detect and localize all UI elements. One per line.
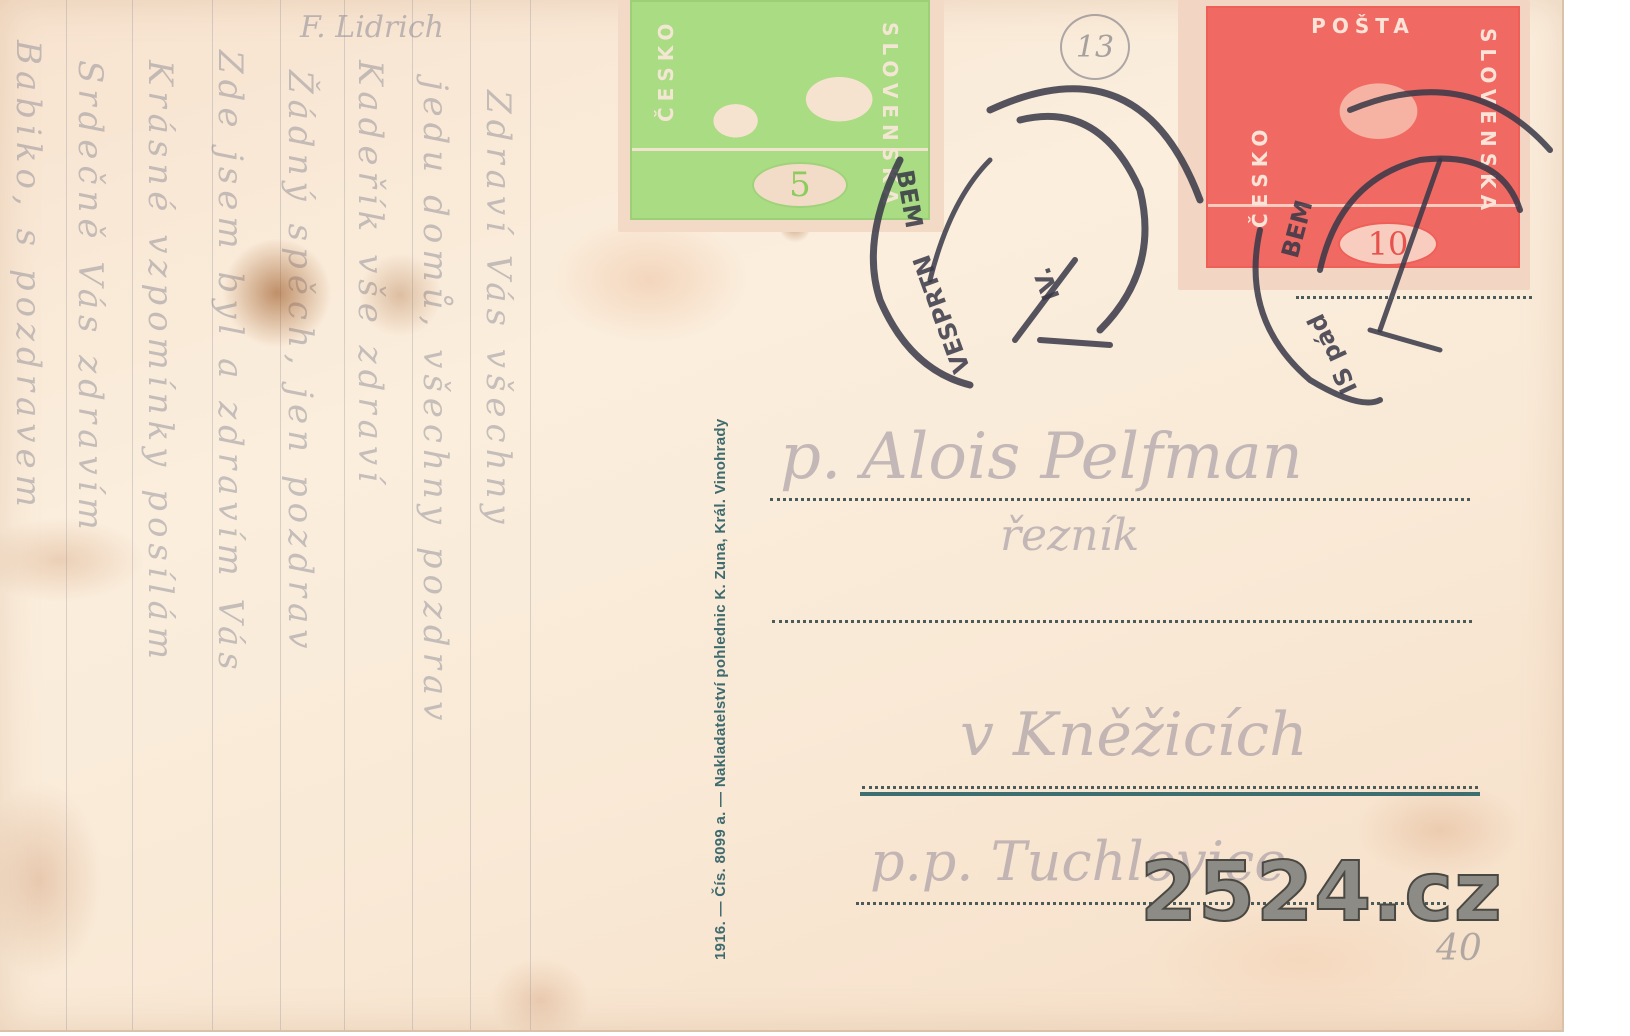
pencil-rule — [470, 0, 471, 1030]
stamp-denomination: 5 — [752, 162, 848, 208]
handwritten-text: Babiko, s pozdravem — [8, 40, 48, 513]
pencil-rule — [66, 0, 67, 1030]
circled-number: 13 — [1060, 14, 1130, 80]
pencil-rule — [344, 0, 345, 1030]
stamp-10: POŠTA ČESKO SLOVENSKA 10 — [1178, 0, 1530, 290]
address-underline — [860, 792, 1480, 796]
handwritten-text: jedu domů, všechny pozdrav — [415, 80, 455, 726]
stamp-country-right: SLOVENSKA — [1476, 28, 1500, 216]
postmark-text: VESPRTN — [908, 251, 977, 377]
handwritten-text: Žádný spěch, jen pozdrav — [280, 70, 320, 654]
watermark: 2524.cz — [1140, 852, 1503, 934]
handwritten-text: Krásné vzpomínky posílám — [140, 60, 180, 665]
stamp-country-left: ČESKO — [654, 18, 678, 122]
handwritten-text: Zde jsem byl a zdravím Vás — [210, 50, 250, 676]
pencil-rule — [132, 0, 133, 1030]
stamp-top-text: POŠTA — [1311, 14, 1415, 38]
address-occupation: řezník — [1000, 510, 1139, 561]
postmark-text: IS pád — [1302, 310, 1363, 399]
address-line — [862, 786, 1478, 789]
pencil-rule — [530, 0, 531, 1030]
handwritten-text: Srdečně Vás zdravím — [70, 60, 110, 536]
stain — [222, 238, 332, 348]
address-town: v Kněžicích — [960, 700, 1308, 770]
message-area: Babiko, s pozdravem Srdečně Vás zdravím … — [0, 0, 640, 1030]
publisher-imprint: 1916. — Čís. 8099 a. — Nakladatelství po… — [712, 418, 729, 960]
stamp-country-left: ČESKO — [1248, 124, 1272, 228]
stamp-design: POŠTA ČESKO SLOVENSKA 10 — [1206, 6, 1520, 268]
pencil-rule — [412, 0, 413, 1030]
stamp-design: ČESKO SLOVENSKA 5 — [630, 0, 930, 220]
stain — [360, 250, 440, 340]
address-line — [772, 620, 1472, 623]
handwritten-text: Zdraví Vás všechny — [478, 90, 518, 530]
address-line — [1296, 296, 1532, 299]
stamp-denomination: 10 — [1338, 222, 1438, 266]
postmark-text: IV. — [1028, 263, 1066, 304]
sender-signature: F. Lidrich — [300, 10, 444, 45]
address-recipient: p. Alois Pelfman — [780, 420, 1303, 494]
address-line — [770, 498, 1470, 501]
